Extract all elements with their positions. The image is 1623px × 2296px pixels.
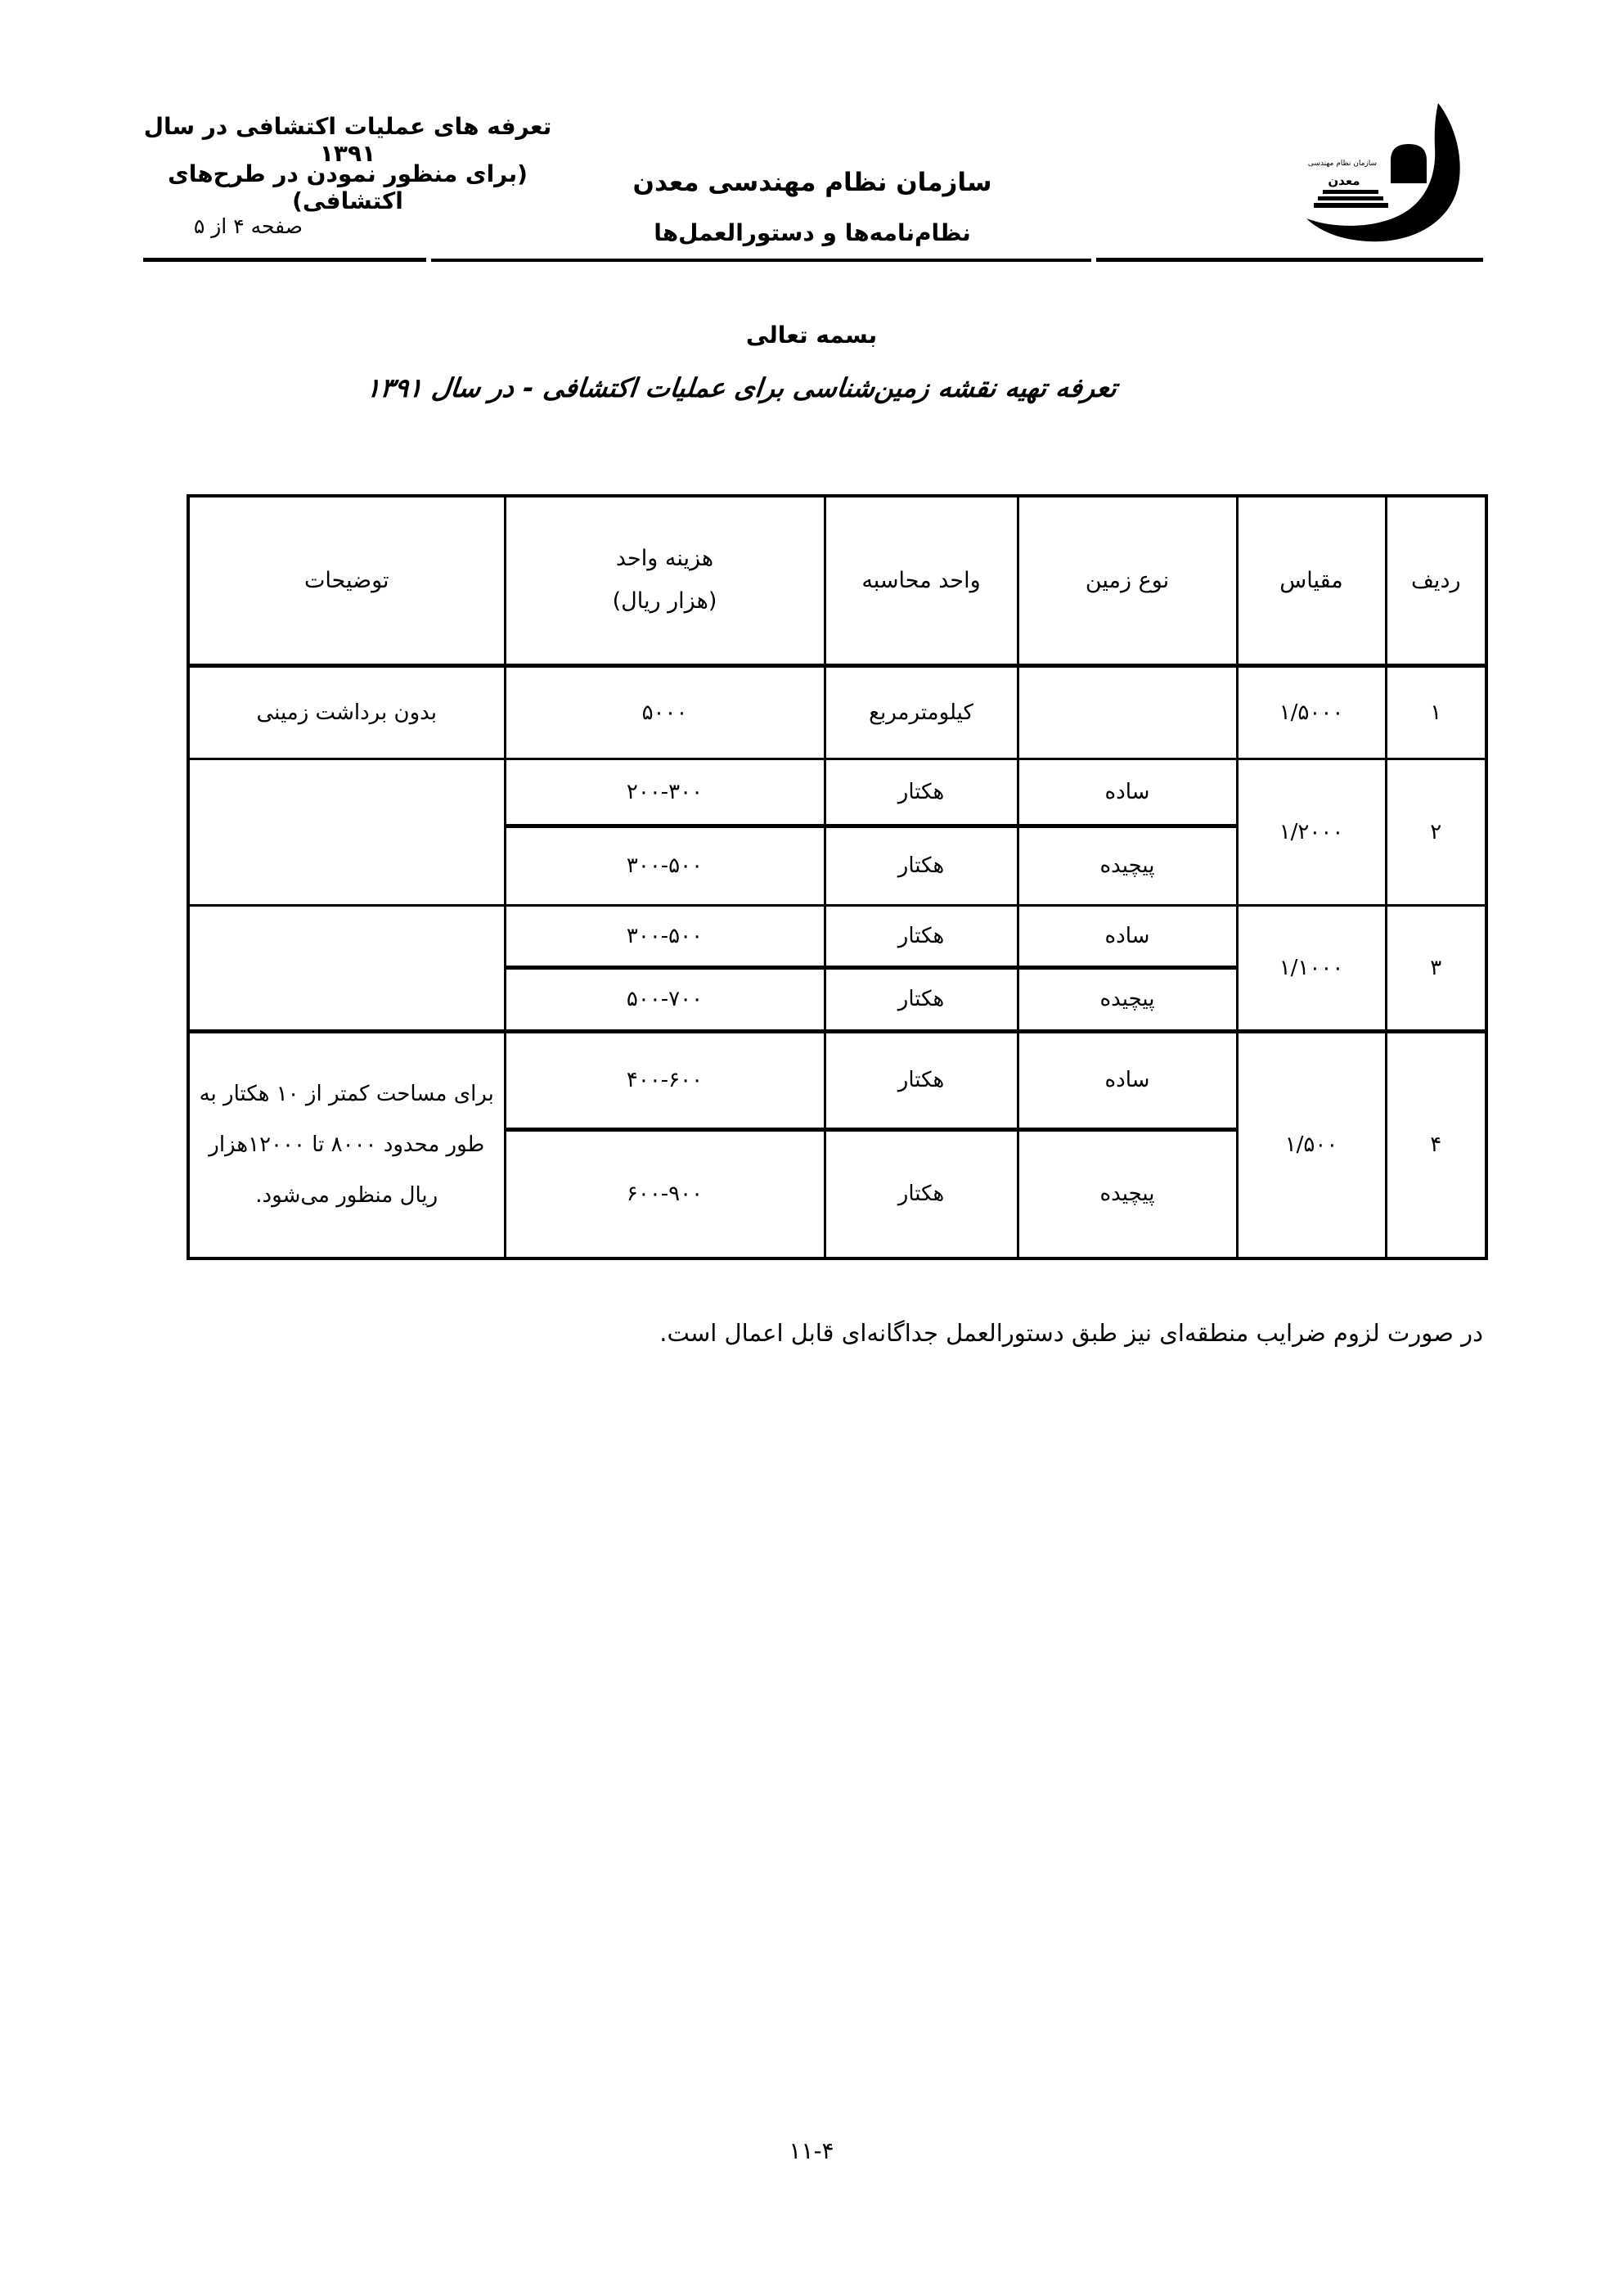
mining-org-logo: سازمان نظام مهندسی معدن Iranian Mining E… bbox=[1290, 79, 1487, 265]
scale-cell: ۱/۵۰۰ bbox=[1237, 1031, 1386, 1258]
calc-unit-cell: هکتار bbox=[825, 826, 1018, 905]
calc-unit-cell: هکتار bbox=[825, 1129, 1018, 1258]
scale-cell: ۱/۲۰۰۰ bbox=[1237, 759, 1386, 905]
land-type-cell: پیچیده bbox=[1018, 1129, 1237, 1258]
logo-stripe-3 bbox=[1314, 203, 1388, 208]
page-number: ۱۱-۴ bbox=[730, 2137, 893, 2164]
tunnel-icon bbox=[1391, 144, 1427, 183]
header-land-type: نوع زمین bbox=[1018, 496, 1237, 665]
logo-stripe-1 bbox=[1323, 190, 1378, 194]
radif-cell: ۱ bbox=[1386, 665, 1486, 759]
unit-cost-cell: ۲۰۰-۳۰۰ bbox=[505, 759, 825, 826]
radif-cell: ۳ bbox=[1386, 905, 1486, 1031]
table-header-row: ردیف مقیاس نوع زمین واحد محاسبه هزینه وا… bbox=[188, 496, 1486, 665]
bismillah: بسمه تعالی bbox=[648, 322, 975, 349]
notes-cell: برای مساحت کمتر از ۱۰ هکتار به طور محدود… bbox=[188, 1031, 505, 1258]
calc-unit-cell: هکتار bbox=[825, 1031, 1018, 1129]
header-notes: توضیحات bbox=[188, 496, 505, 665]
logo-stripe-2 bbox=[1318, 196, 1383, 200]
unit-cost-cell: ۴۰۰-۶۰۰ bbox=[505, 1031, 825, 1129]
logo-en-arc-text-holder: Iranian Mining Engineering Organization bbox=[1290, 79, 1295, 81]
land-type-cell: پیچیده bbox=[1018, 826, 1237, 905]
header-rule-center bbox=[431, 259, 1091, 262]
header-rule-right bbox=[1096, 258, 1483, 262]
table-row: ۳ ۱/۱۰۰۰ ساده هکتار ۳۰۰-۵۰۰ bbox=[188, 905, 1486, 967]
tariff-table-wrapper: ردیف مقیاس نوع زمین واحد محاسبه هزینه وا… bbox=[187, 494, 1488, 1260]
land-type-cell: ساده bbox=[1018, 905, 1237, 967]
regional-coefficients-note: در صورت لزوم ضرایب منطقه‌ای نیز طبق دستو… bbox=[420, 1319, 1483, 1347]
land-type-cell: ساده bbox=[1018, 759, 1237, 826]
notes-cell bbox=[188, 759, 505, 905]
calc-unit-cell: هکتار bbox=[825, 905, 1018, 967]
land-type-cell bbox=[1018, 665, 1237, 759]
table-row: ۴ ۱/۵۰۰ ساده هکتار ۴۰۰-۶۰۰ برای مساحت کم… bbox=[188, 1031, 1486, 1129]
logo-en-arc-text: Iranian Mining Engineering Organization bbox=[1290, 79, 1295, 81]
calc-unit-cell: هکتار bbox=[825, 967, 1018, 1031]
page-info: صفحه ۴ از ۵ bbox=[123, 214, 303, 238]
header-unit-cost-line2: (هزار ریال) bbox=[506, 580, 824, 623]
org-name: سازمان نظام مهندسی معدن bbox=[630, 168, 995, 197]
tariff-table: ردیف مقیاس نوع زمین واحد محاسبه هزینه وا… bbox=[187, 494, 1488, 1260]
notes-cell bbox=[188, 905, 505, 1031]
doc-title-line2: (برای منظور نمودن در طرح‌های اکتشافی) bbox=[131, 160, 564, 214]
logo-fa-big-text: معدن bbox=[1328, 173, 1360, 188]
header-calc-unit: واحد محاسبه bbox=[825, 496, 1018, 665]
document-page: تعرفه های عملیات اکتشافی در سال ۱۳۹۱ (بر… bbox=[0, 0, 1623, 2296]
logo-fa-small-text: سازمان نظام مهندسی bbox=[1308, 160, 1377, 168]
radif-cell: ۲ bbox=[1386, 759, 1486, 905]
org-subtitle: نظام‌نامه‌ها و دستورالعمل‌ها bbox=[630, 219, 995, 246]
header-scale: مقیاس bbox=[1237, 496, 1386, 665]
unit-cost-cell: ۳۰۰-۵۰۰ bbox=[505, 905, 825, 967]
unit-cost-cell: ۵۰۰۰ bbox=[505, 665, 825, 759]
header-unit-cost-line1: هزینه واحد bbox=[506, 538, 824, 580]
land-type-cell: پیچیده bbox=[1018, 967, 1237, 1031]
header-radif: ردیف bbox=[1386, 496, 1486, 665]
unit-cost-cell: ۳۰۰-۵۰۰ bbox=[505, 826, 825, 905]
header-unit-cost: هزینه واحد (هزار ریال) bbox=[505, 496, 825, 665]
mining-org-logo-graphic: سازمان نظام مهندسی معدن Iranian Mining E… bbox=[1290, 79, 1487, 265]
scale-cell: ۱/۵۰۰۰ bbox=[1237, 665, 1386, 759]
scale-cell: ۱/۱۰۰۰ bbox=[1237, 905, 1386, 1031]
radif-cell: ۴ bbox=[1386, 1031, 1486, 1258]
land-type-cell: ساده bbox=[1018, 1031, 1237, 1129]
document-subject-calligraphy: تعرفه تهیه نقشه زمین‌شناسی برای عملیات ا… bbox=[616, 372, 1118, 403]
crescent-icon bbox=[1306, 103, 1460, 241]
unit-cost-cell: ۶۰۰-۹۰۰ bbox=[505, 1129, 825, 1258]
table-row: ۱ ۱/۵۰۰۰ کیلومترمربع ۵۰۰۰ بدون برداشت زم… bbox=[188, 665, 1486, 759]
calc-unit-cell: هکتار bbox=[825, 759, 1018, 826]
unit-cost-cell: ۵۰۰-۷۰۰ bbox=[505, 967, 825, 1031]
doc-title-line1: تعرفه های عملیات اکتشافی در سال ۱۳۹۱ bbox=[131, 113, 564, 167]
table-row: ۲ ۱/۲۰۰۰ ساده هکتار ۲۰۰-۳۰۰ bbox=[188, 759, 1486, 826]
notes-cell: بدون برداشت زمینی bbox=[188, 665, 505, 759]
calc-unit-cell: کیلومترمربع bbox=[825, 665, 1018, 759]
header-rule-left bbox=[143, 258, 426, 262]
